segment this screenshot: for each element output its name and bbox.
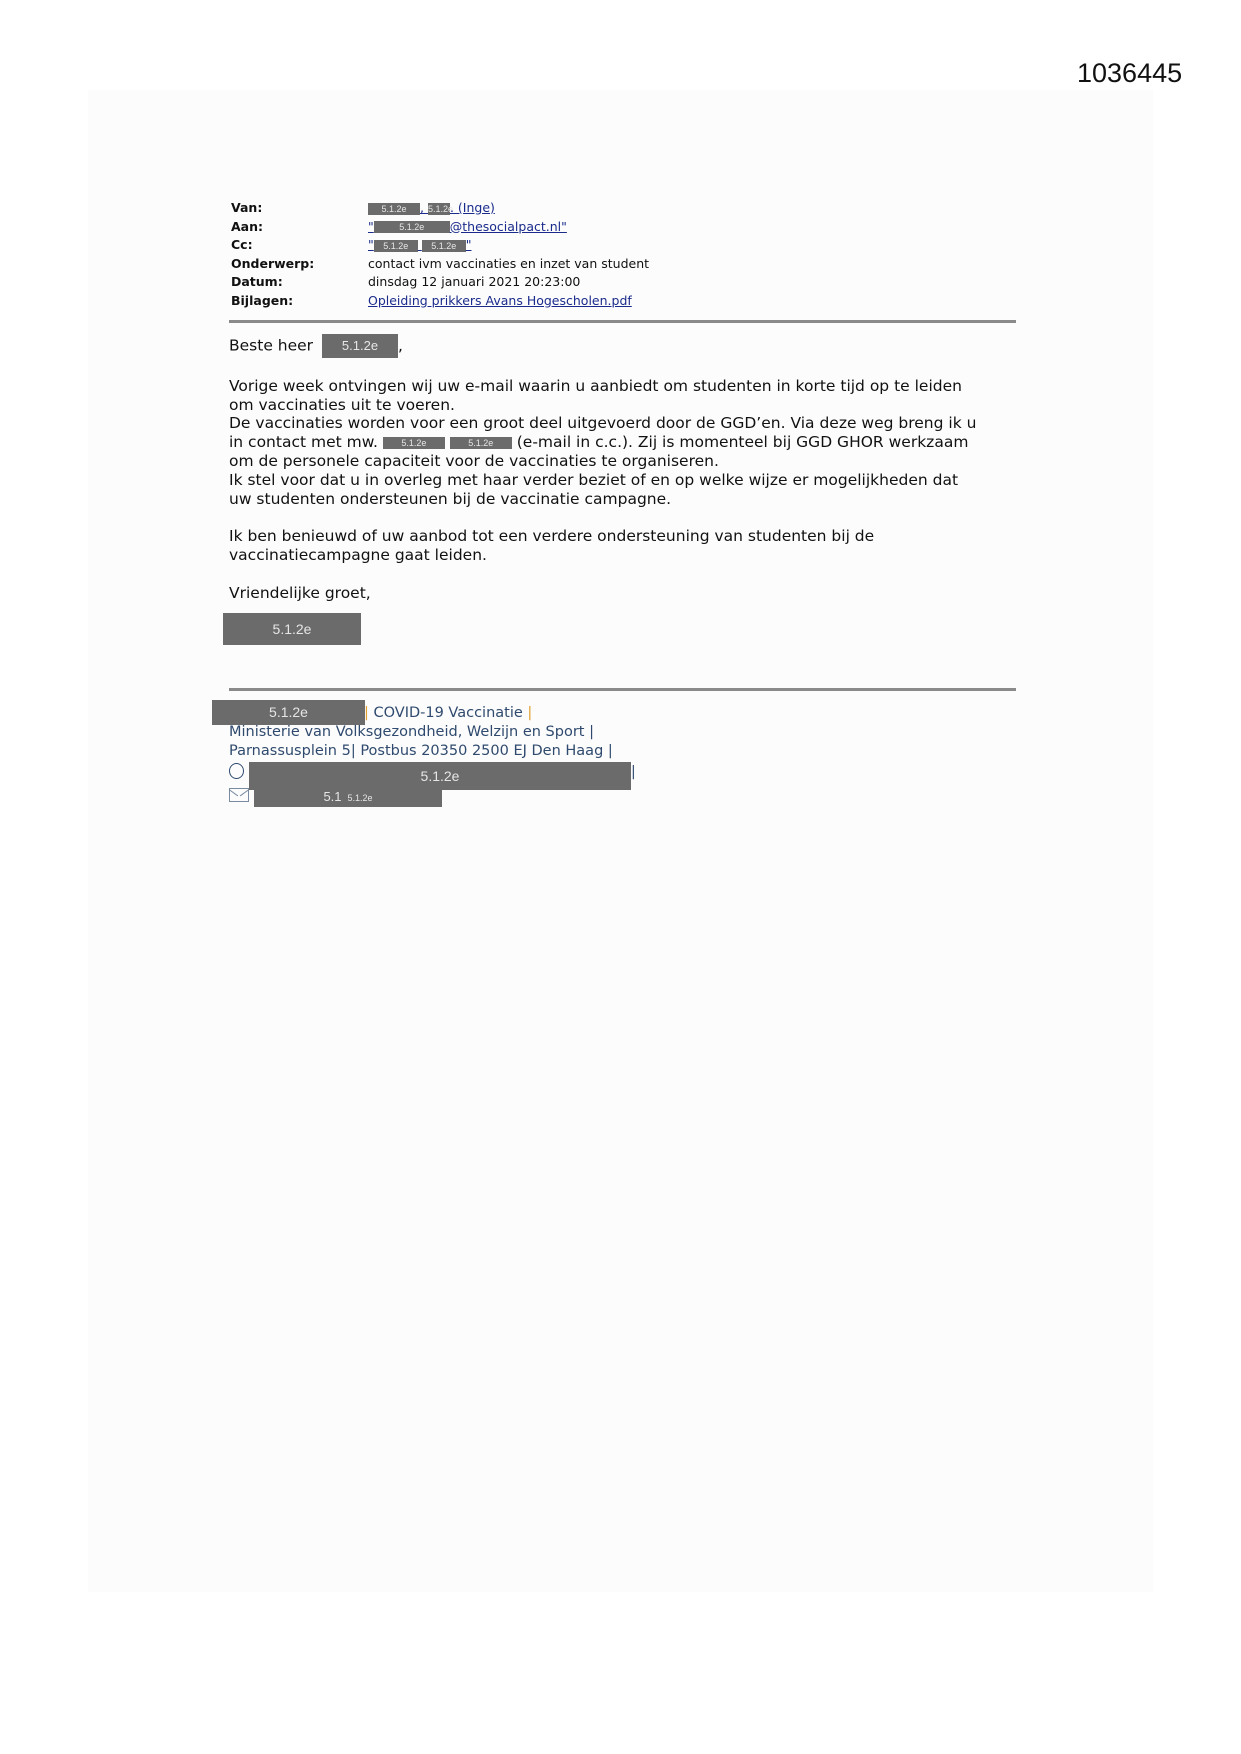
subject-value: contact ivm vaccinaties en inzet van stu… [368,255,649,274]
salutation: Beste heer 5.1.2e, [229,334,1029,358]
header-to: Aan: "5.1.2e@thesocialpact.nl" [231,218,649,237]
redaction: 5.1.2e [322,334,398,358]
redaction: 5.1.2e [422,240,466,252]
phone-redaction: 5.1.2e [249,762,631,790]
header-label: Aan: [231,218,368,237]
header-label: Onderwerp: [231,255,368,274]
paragraph-1: Vorige week ontvingen wij uw e-mail waar… [229,377,1029,509]
phone-icon [229,763,244,779]
redaction: 5.1.2e [428,203,450,215]
cc-value[interactable]: "5.1.2e 5.1.2e" [368,236,471,255]
signature-address: Parnassusplein 5| Postbus 20350 2500 EJ … [229,742,613,761]
redaction: 5.1.2e [368,203,420,215]
signature-ministry: Ministerie van Volksgezondheid, Welzijn … [229,723,613,742]
separator: | [631,764,636,780]
document-number: 1036445 [1077,58,1182,89]
header-divider [229,320,1016,323]
sender-redaction: 5.1.2e [223,613,361,645]
email-redaction: 5.15.1.2e [254,787,442,807]
document-page [88,90,1153,1592]
header-label: Cc: [231,236,368,255]
email-header: Van: 5.1.2e, 5.1.2e. (Inge) Aan: "5.1.2e… [231,199,649,310]
header-label: Van: [231,199,368,218]
header-attachments: Bijlagen: Opleiding prikkers Avans Hoges… [231,292,649,311]
header-subject: Onderwerp: contact ivm vaccinaties en in… [231,255,649,274]
to-value[interactable]: "5.1.2e@thesocialpact.nl" [368,218,567,237]
header-label: Datum: [231,273,368,292]
paragraph-2: Ik ben benieuwd of uw aanbod tot een ver… [229,527,1029,565]
redaction: 5.1.2e [374,240,418,252]
redaction: 5.1.2e [383,437,445,449]
header-label: Bijlagen: [231,292,368,311]
signature-name-redaction: 5.1.2e [212,700,365,725]
header-cc: Cc: "5.1.2e 5.1.2e" [231,236,649,255]
header-date: Datum: dinsdag 12 januari 2021 20:23:00 [231,273,649,292]
date-value: dinsdag 12 januari 2021 20:23:00 [368,273,580,292]
email-body: Beste heer 5.1.2e, Vorige week ontvingen… [229,334,1029,602]
signature-divider [229,688,1016,691]
redaction: 5.1.2e [374,221,450,233]
attachment-link[interactable]: Opleiding prikkers Avans Hogescholen.pdf [368,292,632,311]
envelope-icon [229,788,249,802]
from-value[interactable]: 5.1.2e, 5.1.2e. (Inge) [368,199,495,218]
header-from: Van: 5.1.2e, 5.1.2e. (Inge) [231,199,649,218]
redaction: 5.1.2e [450,437,512,449]
closing: Vriendelijke groet, [229,584,1029,603]
